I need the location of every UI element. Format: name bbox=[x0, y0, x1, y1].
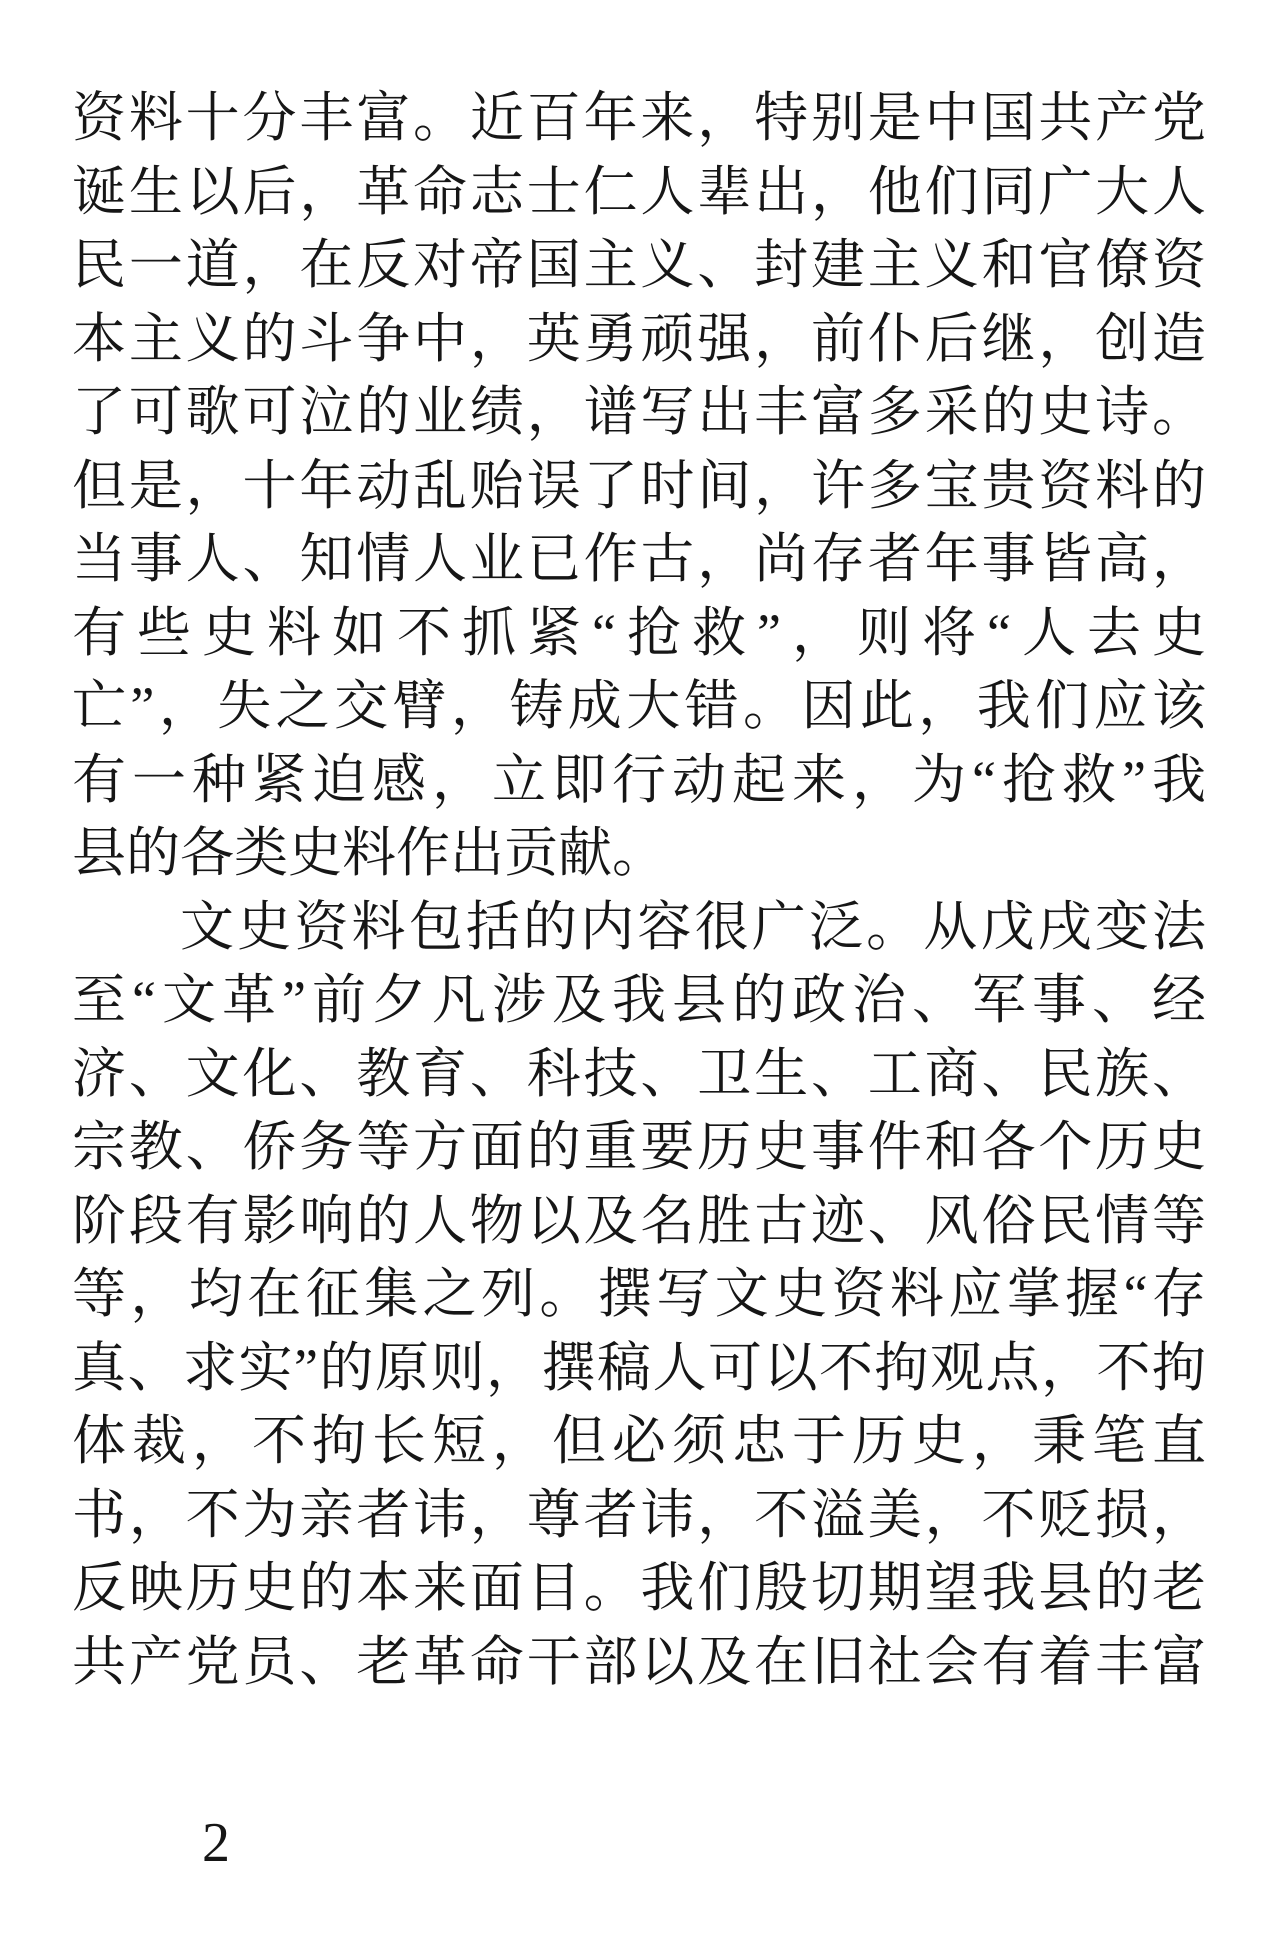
text-line: 有一种紧迫感，立即行动起来，为“抢救”我 bbox=[72, 744, 1206, 818]
text-line: 但是，十年动乱贻误了时间，许多宝贵资料的 bbox=[72, 450, 1206, 524]
text-line: 有些史料如不抓紧“抢救”，则将“人去史 bbox=[72, 597, 1206, 671]
text-line: 书，不为亲者讳，尊者讳，不溢美，不贬损， bbox=[72, 1479, 1206, 1553]
text-line: 了可歌可泣的业绩，谱写出丰富多采的史诗。 bbox=[72, 376, 1206, 450]
text-line: 反映历史的本来面目。我们殷切期望我县的老 bbox=[72, 1552, 1206, 1626]
text-line: 宗教、侨务等方面的重要历史事件和各个历史 bbox=[72, 1111, 1206, 1185]
text-line: 当事人、知情人业已作古，尚存者年事皆高， bbox=[72, 523, 1206, 597]
text-line: 本主义的斗争中，英勇顽强，前仆后继，创造 bbox=[72, 303, 1206, 377]
document-page: 资料十分丰富。近百年来，特别是中国共产党 诞生以后，革命志士仁人辈出，他们同广大… bbox=[0, 0, 1274, 1935]
text-line-paragraph-start: 文史资料包括的内容很广泛。从戊戌变法 bbox=[72, 891, 1206, 965]
text-line: 至“文革”前夕凡涉及我县的政治、军事、经 bbox=[72, 964, 1206, 1038]
text-line: 诞生以后，革命志士仁人辈出，他们同广大人 bbox=[72, 156, 1206, 230]
text-line: 资料十分丰富。近百年来，特别是中国共产党 bbox=[72, 82, 1206, 156]
body-text: 资料十分丰富。近百年来，特别是中国共产党 诞生以后，革命志士仁人辈出，他们同广大… bbox=[72, 82, 1206, 1699]
text-line: 真、求实”的原则，撰稿人可以不拘观点，不拘 bbox=[72, 1332, 1206, 1406]
page-number: 2 bbox=[202, 1812, 230, 1874]
text-line: 体裁，不拘长短，但必须忠于历史，秉笔直 bbox=[72, 1405, 1206, 1479]
text-line: 阶段有影响的人物以及名胜古迹、风俗民情等 bbox=[72, 1185, 1206, 1259]
text-line-paragraph-end: 县的各类史料作出贡献。 bbox=[72, 817, 1206, 891]
text-line: 等，均在征集之列。撰写文史资料应掌握“存 bbox=[72, 1258, 1206, 1332]
text-line: 共产党员、老革命干部以及在旧社会有着丰富 bbox=[72, 1626, 1206, 1700]
text-line: 亡”，失之交臂，铸成大错。因此，我们应该 bbox=[72, 670, 1206, 744]
text-line: 民一道，在反对帝国主义、封建主义和官僚资 bbox=[72, 229, 1206, 303]
text-line: 济、文化、教育、科技、卫生、工商、民族、 bbox=[72, 1038, 1206, 1112]
